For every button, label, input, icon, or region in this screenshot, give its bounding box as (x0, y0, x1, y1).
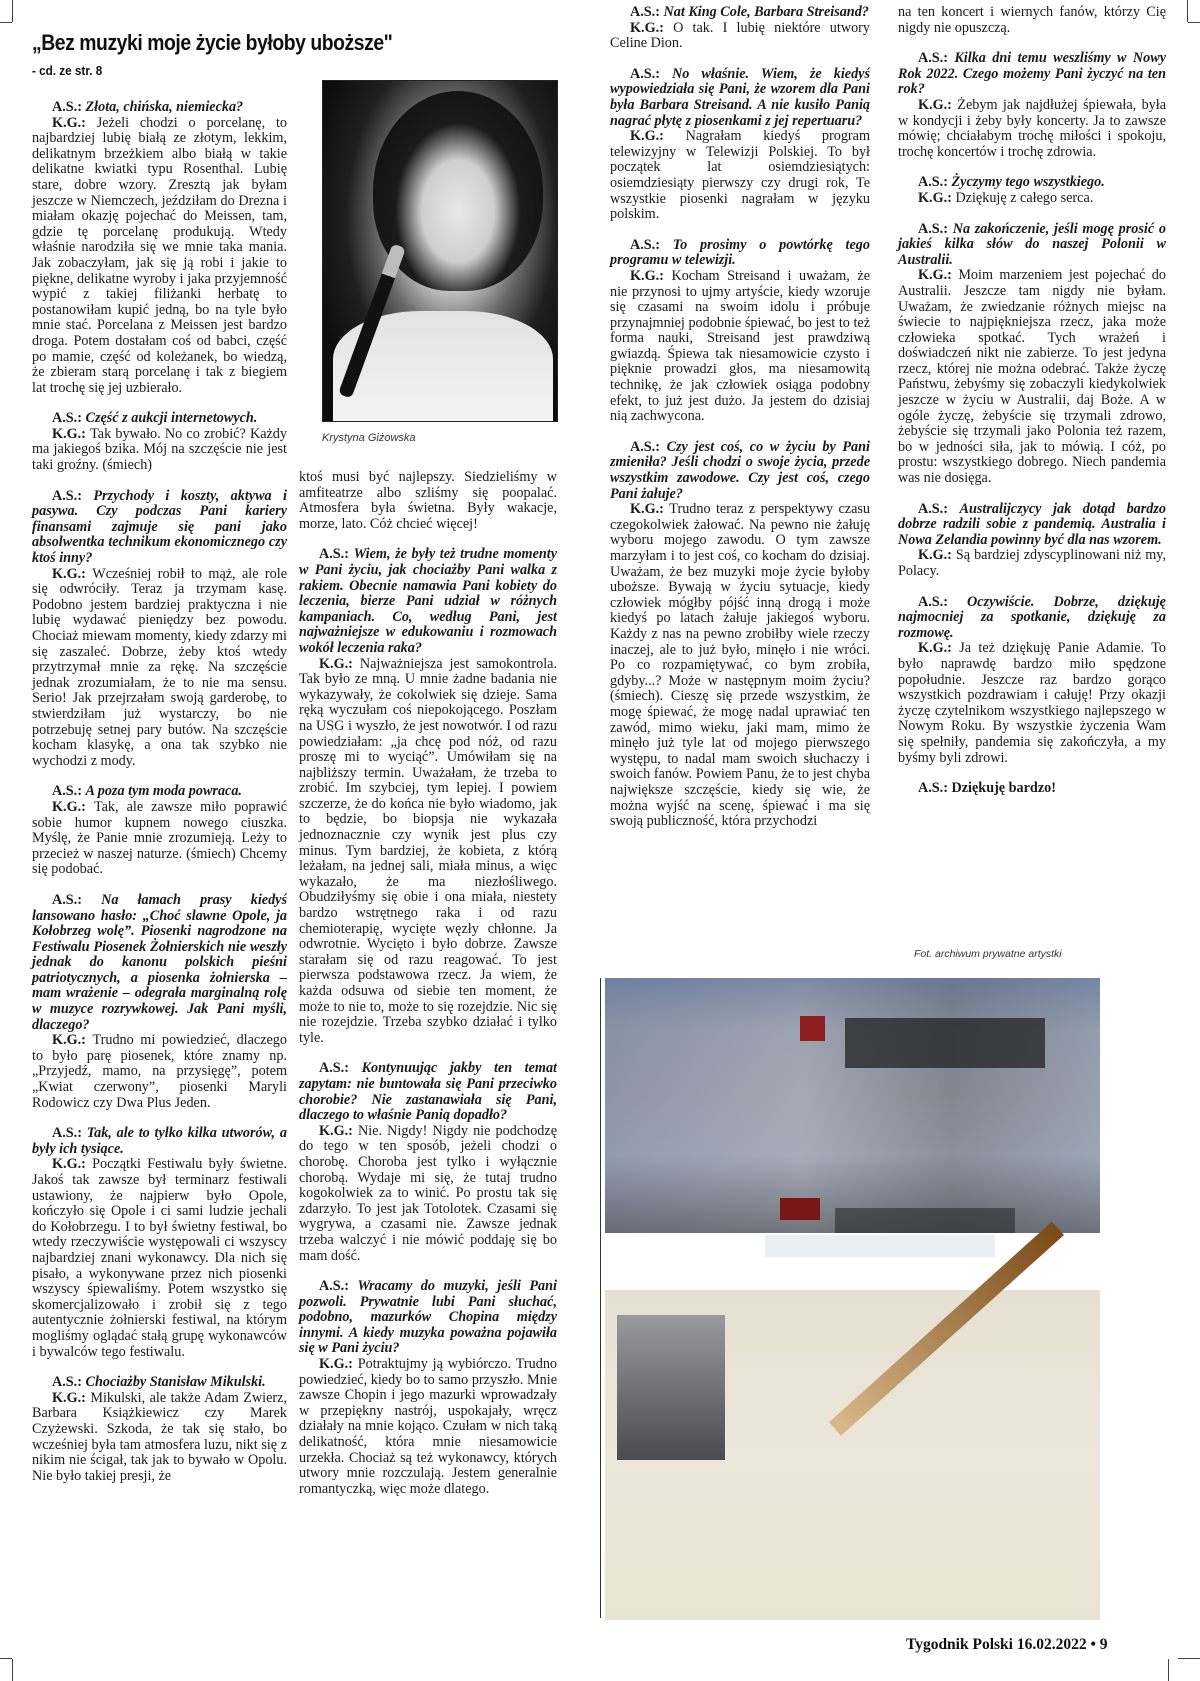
paragraph-text: Życzymy tego wszystkiego. (952, 174, 1105, 190)
interviewee-answer: K.G.: O tak. I lubię niektóre utwory Cel… (610, 21, 870, 52)
interviewee-answer: K.G.: Wcześniej robił to mąż, ale role s… (32, 567, 287, 770)
text-column-1: A.S.: Złota, chińska, niemiecka?K.G.: Je… (32, 100, 287, 1484)
crop-mark (0, 22, 12, 23)
speaker-label: A.S.: (52, 410, 86, 426)
photo-caption: Krystyna Giżowska (322, 432, 416, 444)
speaker-label: A.S.: (52, 892, 101, 908)
text-column-2: ktoś musi być najlepszy. Siedzieliśmy w … (299, 470, 557, 1497)
crop-mark (1178, 1658, 1200, 1659)
speaker-label: A.S.: (630, 439, 667, 455)
speaker-label: K.G.: (918, 190, 955, 206)
crop-mark (1188, 22, 1200, 23)
paragraph-continuation: ktoś musi być najlepszy. Siedzieliśmy w … (299, 470, 557, 532)
paragraph-text: Część z aukcji internetowych. (86, 410, 258, 426)
speaker-label: A.S.: (319, 1060, 362, 1076)
crop-mark (12, 1659, 13, 1681)
interviewee-answer: K.G.: Mikulski, ale także Adam Zwierz, B… (32, 1391, 287, 1485)
speaker-label: A.S.: (630, 66, 672, 82)
interviewer-question: A.S.: Przychody i koszty, aktywa i pasyw… (32, 489, 287, 567)
image-detail (617, 1315, 725, 1460)
photo-credit: Fot. archiwum prywatne artystki (914, 948, 1062, 960)
speaker-label: A.S.: (918, 780, 952, 796)
speaker-label: K.G.: (918, 97, 957, 113)
speaker-label: K.G.: (630, 20, 673, 36)
speaker-label: A.S.: (918, 50, 954, 66)
paragraph-continuation: na ten koncert i wiernych fanów, którzy … (898, 5, 1166, 36)
paragraph-text: Dziękuję bardzo! (952, 780, 1056, 796)
speaker-label: A.S.: (52, 488, 93, 504)
interviewer-question: A.S.: Wiem, że były też trudne momenty w… (299, 547, 557, 656)
image-detail (800, 1016, 825, 1041)
speaker-label: K.G.: (52, 1390, 90, 1406)
paragraph-text: Wiem, że były też trudne momenty w Pani … (299, 546, 557, 656)
interviewer-question: A.S.: Kontynuując jakby ten temat zapyta… (299, 1061, 557, 1123)
speaker-label: A.S.: (52, 1374, 86, 1390)
speaker-label: K.G.: (52, 1032, 92, 1048)
speaker-label: K.G.: (52, 566, 92, 582)
newspaper-page: „Bez muzyki moje życie byłoby uboższe" -… (0, 0, 1200, 1681)
speaker-label: K.G.: (918, 267, 958, 283)
interviewer-question: A.S.: Część z aukcji internetowych. (32, 411, 287, 427)
paragraph-text: ktoś musi być najlepszy. Siedzieliśmy w … (299, 469, 557, 532)
interviewer-question: A.S.: Tak, ale to tylko kilka utworów, a… (32, 1126, 287, 1157)
paragraph-text: Na łamach prasy kiedyś lansowano hasło: … (32, 892, 287, 1033)
paragraph-text: Jeżeli chodzi o porcelanę, to najbardzie… (32, 115, 287, 396)
interviewer-question: A.S.: No właśnie. Wiem, że kiedyś wypowi… (610, 67, 870, 129)
speaker-label: A.S.: (918, 174, 952, 190)
portrait-photo (322, 80, 558, 422)
paragraph-text: Potraktujmy ją wybiórczo. Trudno powiedz… (299, 1356, 557, 1497)
paragraph-text: Nie. Nigdy! Nigdy nie podchodzę do tego … (299, 1123, 557, 1264)
interviewee-answer: K.G.: Tak bywało. No co zrobić? Każdy ma… (32, 427, 287, 474)
column-divider (600, 978, 601, 1618)
paragraph-text: na ten koncert i wiernych fanów, którzy … (898, 4, 1166, 36)
interviewee-answer: K.G.: Są bardziej zdyscyplinowani niż my… (898, 548, 1166, 579)
text-column-4: na ten koncert i wiernych fanów, którzy … (898, 5, 1166, 797)
paragraph-text: Ja też dziękuję Panie Adamie. To było na… (898, 640, 1166, 765)
speaker-label: A.S.: (630, 4, 664, 20)
speaker-label: A.S.: (319, 1278, 357, 1294)
speaker-label: K.G.: (319, 1356, 358, 1372)
speaker-label: K.G.: (52, 799, 94, 815)
paragraph-text: Dziękuję z całego serca. (955, 190, 1093, 206)
interviewer-question: A.S.: Czy jest coś, co w życiu by Pani z… (610, 440, 870, 502)
interviewee-answer: K.G.: Nie. Nigdy! Nigdy nie podchodzę do… (299, 1124, 557, 1264)
interviewer-question: A.S.: Na zakończenie, jeśli mogę prosić … (898, 222, 1166, 269)
interviewer-question: A.S.: Kilka dni temu weszliśmy w Nowy Ro… (898, 51, 1166, 98)
speaker-label: K.G.: (52, 426, 90, 442)
continuation-note: - cd. ze str. 8 (32, 63, 102, 78)
paragraph-text: Kocham Streisand i uważam, że nie przyno… (610, 268, 870, 424)
text-column-3: A.S.: Nat King Cole, Barbara Streisand?K… (610, 5, 870, 830)
speaker-label: K.G.: (319, 656, 360, 672)
speaker-label: A.S.: (630, 237, 673, 253)
crop-mark (0, 1658, 12, 1659)
interviewee-answer: K.G.: Moim marzeniem jest pojechać do Au… (898, 268, 1166, 486)
interviewee-answer: K.G.: Najważniejsza jest samokontrola. T… (299, 657, 557, 1047)
speaker-label: A.S.: (52, 783, 86, 799)
paragraph-text: Początki Festiwalu były świetne. Jakoś t… (32, 1156, 287, 1359)
image-detail (765, 1235, 995, 1257)
paragraph-text: Chociażby Stanisław Mikulski. (86, 1374, 266, 1390)
speaker-label: A.S.: (52, 99, 86, 115)
crop-mark (12, 0, 13, 22)
interviewee-answer: K.G.: Trudno mi powiedzieć, dlaczego to … (32, 1033, 287, 1111)
paragraph-text: A poza tym moda powraca. (86, 783, 242, 799)
article-headline: „Bez muzyki moje życie byłoby uboższe" (32, 30, 490, 56)
image-detail (780, 1198, 820, 1220)
pixelated-photo-1 (605, 978, 1100, 1233)
paragraph-text: Złota, chińska, niemiecka? (86, 99, 244, 115)
page-footer: Tygodnik Polski 16.02.2022 • 9 (906, 1636, 1108, 1654)
paragraph-text: Wcześniej robił to mąż, ale role się odw… (32, 566, 287, 769)
speaker-label: K.G.: (630, 128, 686, 144)
interviewer-question: A.S.: Dziękuję bardzo! (898, 781, 1166, 797)
interviewee-answer: K.G.: Żebym jak najdłużej śpiewała, była… (898, 98, 1166, 160)
interviewer-question: A.S.: Życzymy tego wszystkiego. (898, 175, 1166, 191)
interviewer-question: A.S.: Oczywiście. Dobrze, dziękuję najmo… (898, 595, 1166, 642)
speaker-label: K.G.: (918, 640, 959, 656)
interviewee-answer: K.G.: Początki Festiwalu były świetne. J… (32, 1157, 287, 1360)
speaker-label: K.G.: (630, 268, 671, 284)
speaker-label: A.S.: (918, 501, 960, 517)
paragraph-text: Trudno teraz z perspektywy czasu czegoko… (610, 501, 870, 829)
image-detail (835, 1208, 1015, 1233)
speaker-label: A.S.: (319, 546, 354, 562)
interviewer-question: A.S.: Na łamach prasy kiedyś lansowano h… (32, 893, 287, 1033)
speaker-label: K.G.: (918, 547, 956, 563)
interviewer-question: A.S.: Chociażby Stanisław Mikulski. (32, 1375, 287, 1391)
interviewer-question: A.S.: A poza tym moda powraca. (32, 784, 287, 800)
speaker-label: K.G.: (630, 501, 669, 517)
speaker-label: A.S.: (918, 594, 967, 610)
interviewee-answer: K.G.: Trudno teraz z perspektywy czasu c… (610, 502, 870, 829)
interviewee-answer: K.G.: Potraktujmy ją wybiórczo. Trudno p… (299, 1357, 557, 1497)
crop-mark (1187, 0, 1188, 22)
paragraph-text: Moim marzeniem jest pojechać do Australi… (898, 267, 1166, 486)
interviewee-answer: K.G.: Nagrałam kiedyś program telewizyjn… (610, 129, 870, 223)
crop-mark (1168, 1659, 1169, 1681)
interviewer-question: A.S.: Wracamy do muzyki, jeśli Pani pozw… (299, 1279, 557, 1357)
speaker-label: K.G.: (319, 1123, 358, 1139)
speaker-label: K.G.: (52, 115, 97, 131)
interviewee-answer: K.G.: Dziękuję z całego serca. (898, 191, 1166, 207)
interviewer-question: A.S.: Australijczycy jak dotąd bardzo do… (898, 502, 1166, 549)
image-detail (845, 1018, 1045, 1068)
interviewee-answer: K.G.: Kocham Streisand i uważam, że nie … (610, 269, 870, 425)
interviewee-answer: K.G.: Jeżeli chodzi o porcelanę, to najb… (32, 116, 287, 397)
paragraph-text: Najważniejsza jest samokontrola. Tak był… (299, 656, 557, 1046)
speaker-label: A.S.: (918, 221, 953, 237)
interviewer-question: A.S.: To prosimy o powtórkę tego program… (610, 238, 870, 269)
interviewee-answer: K.G.: Tak, ale zawsze miło poprawić sobi… (32, 800, 287, 878)
pixelated-photo-2 (605, 1290, 1100, 1620)
speaker-label: A.S.: (52, 1125, 87, 1141)
interviewer-question: A.S.: Nat King Cole, Barbara Streisand? (610, 5, 870, 21)
speaker-label: K.G.: (52, 1156, 92, 1172)
interviewer-question: A.S.: Złota, chińska, niemiecka? (32, 100, 287, 116)
paragraph-text: Nat King Cole, Barbara Streisand? (664, 4, 869, 20)
interviewee-answer: K.G.: Ja też dziękuję Panie Adamie. To b… (898, 641, 1166, 766)
